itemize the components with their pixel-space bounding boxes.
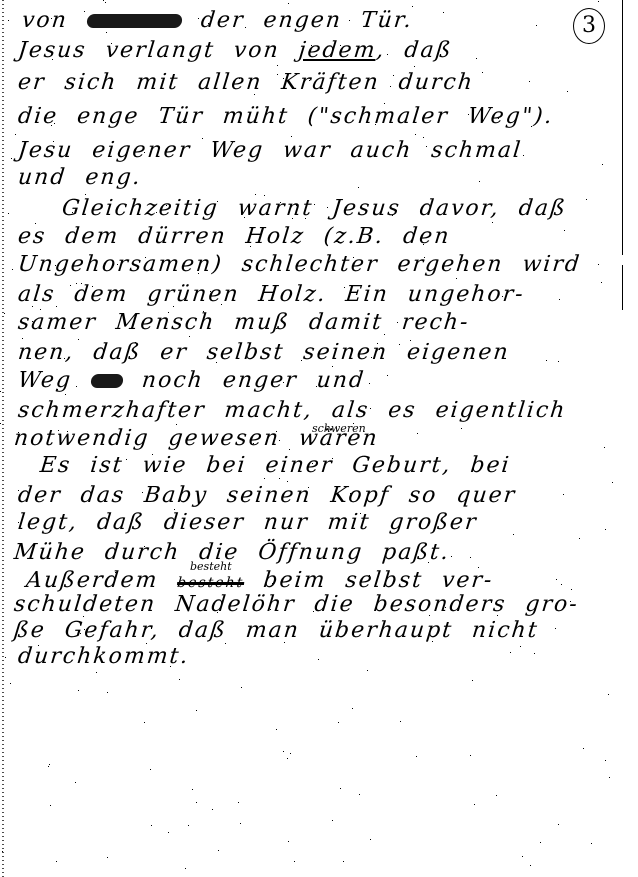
line-text: Außerdem bbox=[25, 568, 160, 593]
text-line: durchkommt. bbox=[17, 644, 191, 670]
line-text: der das Baby seinen Kopf so quer bbox=[17, 483, 518, 508]
text-line: Es ist wie bei einer Geburt, bei bbox=[39, 453, 512, 479]
scan-left-edge bbox=[2, 0, 4, 877]
line-text: , daß bbox=[375, 38, 454, 63]
scribbled-out-word bbox=[86, 14, 182, 28]
text-line: von der engen Tür. bbox=[21, 8, 415, 34]
line-text: ße Gefahr, daß man überhaupt nicht bbox=[13, 618, 540, 643]
line-text: samer Mensch muß damit rech- bbox=[17, 310, 471, 335]
line-text: er sich mit allen Kräften durch bbox=[17, 70, 476, 95]
struck-word: besteht bbox=[176, 575, 245, 591]
insertion-note: schweren bbox=[312, 422, 366, 435]
page-number: 3 bbox=[573, 8, 605, 44]
text-line: er sich mit allen Kräften durch bbox=[17, 70, 476, 96]
text-line: Gleichzeitig warnt Jesus davor, daß bbox=[61, 196, 568, 222]
line-text: Mühe durch die Öffnung paßt. bbox=[13, 540, 452, 565]
line-text: Weg bbox=[17, 368, 74, 393]
line-text: Es ist wie bei einer Geburt, bei bbox=[39, 453, 512, 478]
text-line: Ungehorsamen) schlechter ergehen wird bbox=[17, 252, 583, 278]
text-line: der das Baby seinen Kopf so quer bbox=[17, 483, 518, 509]
text-line: Jesu eigener Weg war auch schmal bbox=[17, 138, 524, 164]
line-text: Jesus verlangt von bbox=[17, 38, 300, 63]
text-line: samer Mensch muß damit rech- bbox=[17, 310, 471, 336]
line-text: schuldeten Nadelöhr die besonders gro- bbox=[13, 592, 580, 617]
text-line: als dem grünen Holz. Ein ungehor- bbox=[17, 282, 526, 308]
handwritten-page: 3 von der engen Tür. Jesus verlangt von … bbox=[0, 0, 638, 877]
line-text: beim selbst ver- bbox=[262, 568, 495, 593]
line-text: nen, daß er selbst seinen eigenen bbox=[17, 340, 511, 365]
underlined-word: jedem bbox=[297, 38, 377, 63]
line-text: von bbox=[21, 8, 69, 33]
line-text: Ungehorsamen) schlechter ergehen wird bbox=[17, 252, 583, 277]
text-line: ße Gefahr, daß man überhaupt nicht bbox=[13, 618, 540, 644]
line-text: die enge Tür müht ("schmaler Weg"). bbox=[17, 104, 555, 129]
text-line: Weg noch enger und bbox=[17, 368, 367, 394]
line-text: schmerzhafter macht, als es eigentlich bbox=[17, 398, 568, 423]
line-text: und eng. bbox=[17, 165, 143, 190]
margin-rule bbox=[622, 0, 623, 255]
line-text: Jesu eigener Weg war auch schmal bbox=[17, 138, 524, 163]
line-text: der engen Tür. bbox=[200, 8, 415, 33]
scribbled-out-word bbox=[90, 374, 123, 388]
line-text: noch enger und bbox=[141, 368, 367, 393]
line-text: durchkommt. bbox=[17, 644, 191, 669]
text-line: es dem dürren Holz (z.B. den bbox=[17, 224, 452, 250]
text-line: die enge Tür müht ("schmaler Weg"). bbox=[17, 104, 555, 130]
text-line: Jesus verlangt von jedem, daß bbox=[17, 38, 454, 64]
text-line: schmerzhafter macht, als es eigentlich bbox=[17, 398, 568, 424]
line-text: als dem grünen Holz. Ein ungehor- bbox=[17, 282, 526, 307]
line-text: legt, daß dieser nur mit großer bbox=[17, 510, 479, 535]
line-text: es dem dürren Holz (z.B. den bbox=[17, 224, 452, 249]
text-line: legt, daß dieser nur mit großer bbox=[17, 510, 479, 536]
text-line: nen, daß er selbst seinen eigenen bbox=[17, 340, 511, 366]
text-line: schuldeten Nadelöhr die besonders gro- bbox=[13, 592, 580, 618]
text-line: und eng. bbox=[17, 165, 143, 191]
margin-rule bbox=[622, 265, 623, 310]
line-text: Gleichzeitig warnt Jesus davor, daß bbox=[61, 196, 568, 221]
